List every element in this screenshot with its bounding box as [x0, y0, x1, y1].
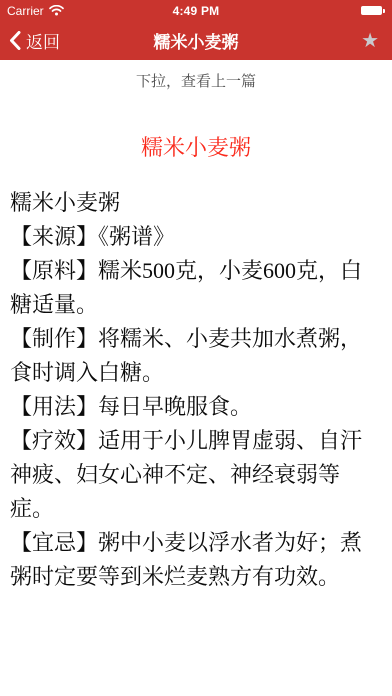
status-bar: Carrier 4:49 PM [0, 0, 392, 21]
chevron-left-icon [9, 31, 21, 50]
battery-icon [361, 6, 385, 15]
carrier-label: Carrier [7, 4, 44, 18]
article-paragraph: 【原料】糯米500克，小麦600克，白糖适量。 [10, 254, 382, 322]
article-paragraph: 【用法】每日早晚服食。 [10, 390, 382, 424]
back-button[interactable]: 返回 [9, 21, 60, 60]
status-left: Carrier [7, 4, 64, 18]
back-label: 返回 [26, 28, 60, 53]
article-scroll[interactable]: 下拉，查看上一篇 糯米小麦粥 糯米小麦粥【来源】《粥谱》【原料】糯米500克，小… [0, 60, 392, 696]
article-title: 糯米小麦粥 [0, 136, 392, 160]
article-body: 糯米小麦粥【来源】《粥谱》【原料】糯米500克，小麦600克，白糖适量。【制作】… [0, 186, 392, 594]
article-paragraph: 糯米小麦粥 [10, 186, 382, 220]
pull-hint: 下拉，查看上一篇 [0, 72, 392, 92]
status-right [361, 6, 385, 15]
battery-nub [383, 9, 385, 13]
article-paragraph: 【制作】将糯米、小麦共加水煮粥，食时调入白糖。 [10, 322, 382, 390]
nav-bar: 返回 糯米小麦粥 ★ [0, 21, 392, 60]
favorite-button[interactable]: ★ [361, 21, 379, 60]
article-paragraph: 【宜忌】粥中小麦以浮水者为好；煮粥时定要等到米烂麦熟方有功效。 [10, 526, 382, 594]
star-icon: ★ [361, 28, 379, 53]
article-paragraph: 【疗效】适用于小儿脾胃虚弱、自汗神疲、妇女心神不定、神经衰弱等症。 [10, 424, 382, 526]
wifi-icon [49, 5, 64, 16]
nav-title: 糯米小麦粥 [154, 28, 239, 53]
app-screen: Carrier 4:49 PM 返回 [0, 0, 392, 696]
header: Carrier 4:49 PM 返回 [0, 0, 392, 60]
article-paragraph: 【来源】《粥谱》 [10, 220, 382, 254]
battery-body [361, 6, 382, 15]
